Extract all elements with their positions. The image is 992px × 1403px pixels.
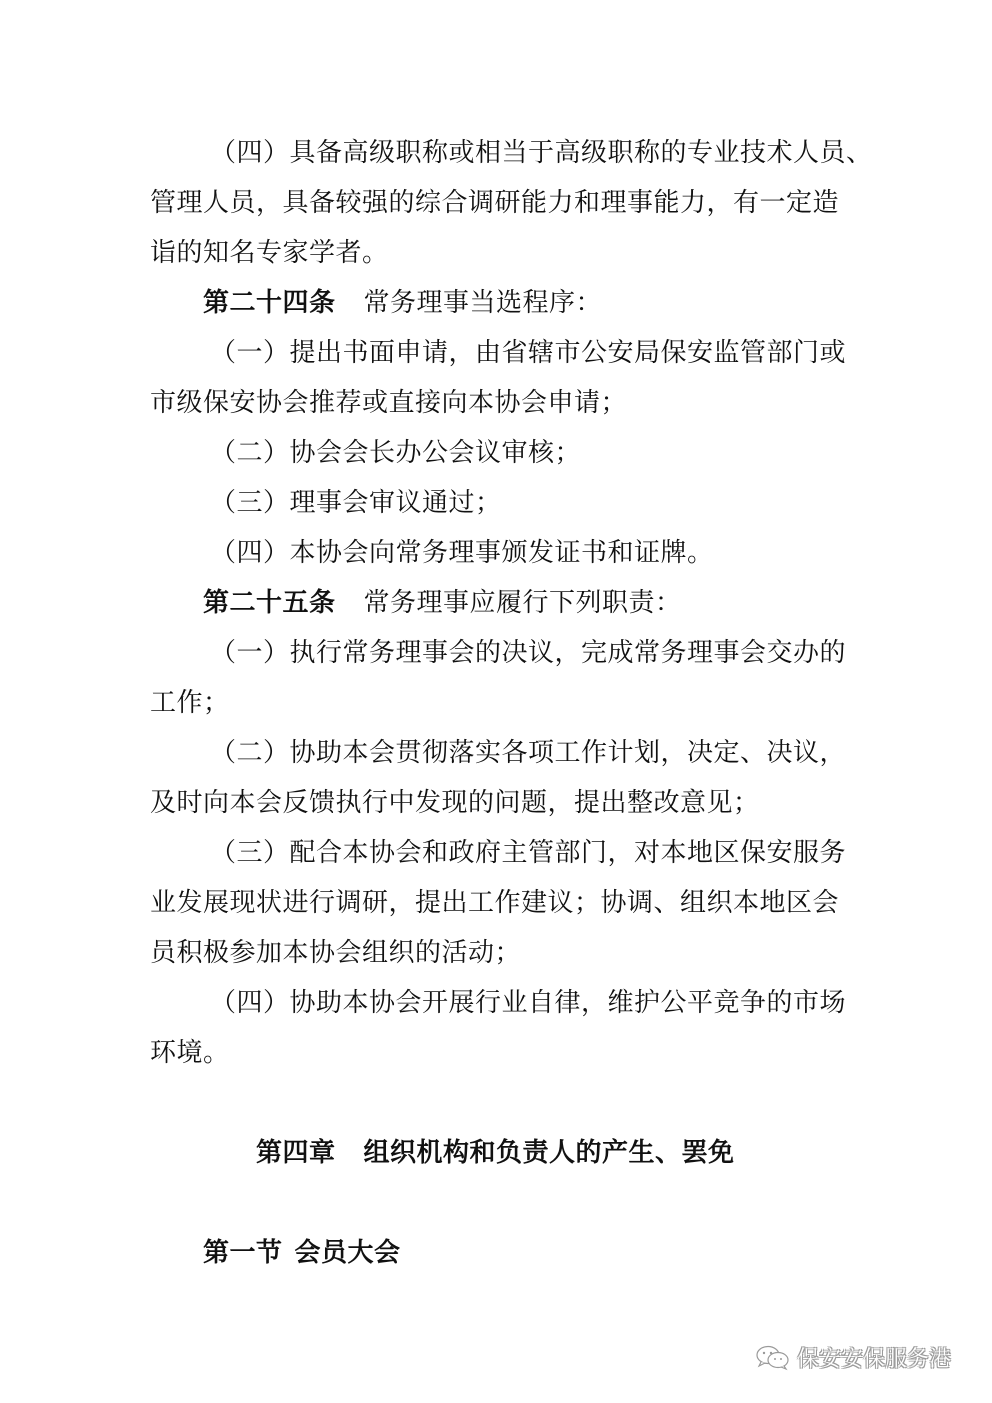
chapter-heading: 第四章组织机构和负责人的产生、罢免 (256, 1138, 735, 1168)
article-text: 常务理事当选程序： (364, 288, 603, 318)
section-heading: 第一节会员大会 (203, 1238, 401, 1268)
paragraph-line: （一）提出书面申请，由省辖市公安局保安监管部门或 (210, 338, 846, 368)
paragraph-line: 及时向本会反馈执行中发现的问题，提出整改意见； (150, 788, 760, 818)
wechat-icon (755, 1345, 791, 1371)
paragraph-line: 业发展现状进行调研，提出工作建议；协调、组织本地区会 (150, 888, 839, 918)
paragraph-line: （一）执行常务理事会的决议，完成常务理事会交办的 (210, 638, 846, 668)
article-text: 常务理事应履行下列职责： (364, 588, 682, 618)
chapter-title: 组织机构和负责人的产生、罢免 (364, 1138, 735, 1168)
section-label: 第一节 (203, 1238, 283, 1268)
watermark: 保安安保服务港 (755, 1342, 951, 1373)
paragraph-line: （三）配合本协会和政府主管部门，对本地区保安服务 (210, 838, 846, 868)
paragraph-line: 诣的知名专家学者。 (150, 238, 389, 268)
paragraph-line: （二）协会会长办公会议审核； (210, 438, 581, 468)
paragraph-line: （四）具备高级职称或相当于高级职称的专业技术人员、 (210, 138, 873, 168)
paragraph-line: （四）协助本协会开展行业自律，维护公平竞争的市场 (210, 988, 846, 1018)
watermark-text: 保安安保服务港 (797, 1342, 951, 1373)
chapter-label: 第四章 (256, 1138, 336, 1168)
article-24-heading: 第二十四条常务理事当选程序： (203, 288, 602, 318)
paragraph-line: 员积极参加本协会组织的活动； (150, 938, 521, 968)
paragraph-line: （三）理事会审议通过； (210, 488, 502, 518)
paragraph-line: 环境。 (150, 1038, 230, 1068)
article-25-heading: 第二十五条常务理事应履行下列职责： (203, 588, 682, 618)
paragraph-line: 工作； (150, 688, 230, 718)
section-title: 会员大会 (295, 1238, 401, 1268)
article-label: 第二十五条 (203, 588, 336, 618)
paragraph-line: 市级保安协会推荐或直接向本协会申请； (150, 388, 627, 418)
paragraph-line: （四）本协会向常务理事颁发证书和证牌。 (210, 538, 714, 568)
paragraph-line: 管理人员，具备较强的综合调研能力和理事能力，有一定造 (150, 188, 839, 218)
paragraph-line: （二）协助本会贯彻落实各项工作计划，决定、决议， (210, 738, 846, 768)
article-label: 第二十四条 (203, 288, 336, 318)
